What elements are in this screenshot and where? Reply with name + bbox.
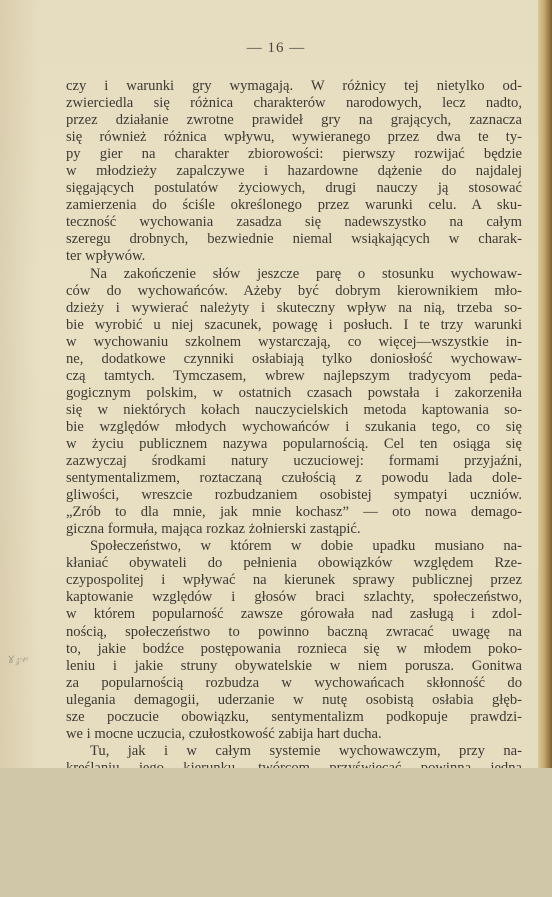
text-line: kreślaniu jego kierunku, twórcom przyświ… [66,760,522,768]
text-line: bie wyrobić u niej szacunek, powagę i po… [66,317,522,334]
text-line: w młodzieży zapalczywe i hazardowne dąże… [66,163,522,180]
text-line: teczność wychowania zasadza się nadewszy… [66,214,522,231]
text-line: we i mocne uczucia, czułostkowość zabija… [66,726,522,743]
text-line: w którem popularność zawsze górowała nad… [66,606,522,623]
page-number: — 16 — [0,40,552,57]
scan-background [0,768,552,897]
text-line: nością, społeczeństwo to powinno baczną … [66,624,522,641]
text-line: gliwości, wreszcie rozbudzaniem osobiste… [66,487,522,504]
text-line: zwierciedla się różnica charakterów naro… [66,95,522,112]
text-line: Społeczeństwo, w którem w dobie upadku m… [66,538,522,555]
text-line: przez działanie zwrotne prawideł gry na … [66,112,522,129]
text-line: ulegania demagogii, uderzanie w nutę oso… [66,692,522,709]
text-line: czy i warunki gry wymagają. W różnicy te… [66,78,522,95]
text-line: za popularnością rozbudza w wychowańcach… [66,675,522,692]
text-line: się w niektórych kołach nauczycielskich … [66,402,522,419]
text-line: sentymentalizmem, roztaczaną czułością z… [66,470,522,487]
text-line: się również różnica wpływu, wywieranego … [66,129,522,146]
handwritten-margin-note: ɤ𝓏𝓋 [7,648,70,692]
text-line: to, jakie bodźce postępowania roznieca s… [66,641,522,658]
text-line: zazwyczaj środkami natury uczuciowej: fo… [66,453,522,470]
scanned-page: — 16 — ɤ𝓏𝓋 czy i warunki gry wymagają. W… [0,0,552,768]
text-line: sięgających postulatów życiowych, drugi … [66,180,522,197]
text-line: sze poczucie obowiązku, sentymentalizm p… [66,709,522,726]
text-line: Tu, jak i w całym systemie wychowawczym,… [66,743,522,760]
text-line: ne, dodatkowe czynniki osłabiają tylko d… [66,351,522,368]
text-line: leniu i jakie struny obywatelskie w niem… [66,658,522,675]
body-text: czy i warunki gry wymagają. W różnicy te… [66,78,522,768]
text-line: szeregu drobnych, bezwiednie niemal wsią… [66,231,522,248]
text-line: dzieży i wywierać należyty i skuteczny w… [66,300,522,317]
text-line: bie względów młodych wychowańców i szuka… [66,419,522,436]
text-line: czypospolitej i wpływać na kierunek spra… [66,572,522,589]
text-line: ter wpływów. [66,248,522,265]
page-edge-shadow [538,0,552,768]
text-line: zamierzenia do ściśle określonego przez … [66,197,522,214]
text-line: w wychowaniu szkolnem wystarczają, co wi… [66,334,522,351]
margin-scribble-icon: ɤ𝓏𝓋 [7,651,28,667]
text-line: w życiu publicznem nazywa popularnością.… [66,436,522,453]
text-line: kaptowanie względów i głosów braci szlac… [66,589,522,606]
text-line: ców do wychowańców. Ażeby być dobrym kie… [66,283,522,300]
text-line: py gier na charakter zbiorowości: pierws… [66,146,522,163]
text-line: gogicznym polskim, w ostatnich czasach p… [66,385,522,402]
text-line: Na zakończenie słów jeszcze parę o stosu… [66,266,522,283]
text-line: giczna formuła, mająca rozkaz żołnierski… [66,521,522,538]
text-line: czą tamtych. Tymczasem, wbrew najlepszym… [66,368,522,385]
text-line: kłaniać obywateli do pełnienia obowiązkó… [66,555,522,572]
text-line: „Zrób to dla mnie, jak mnie kochasz” — o… [66,504,522,521]
